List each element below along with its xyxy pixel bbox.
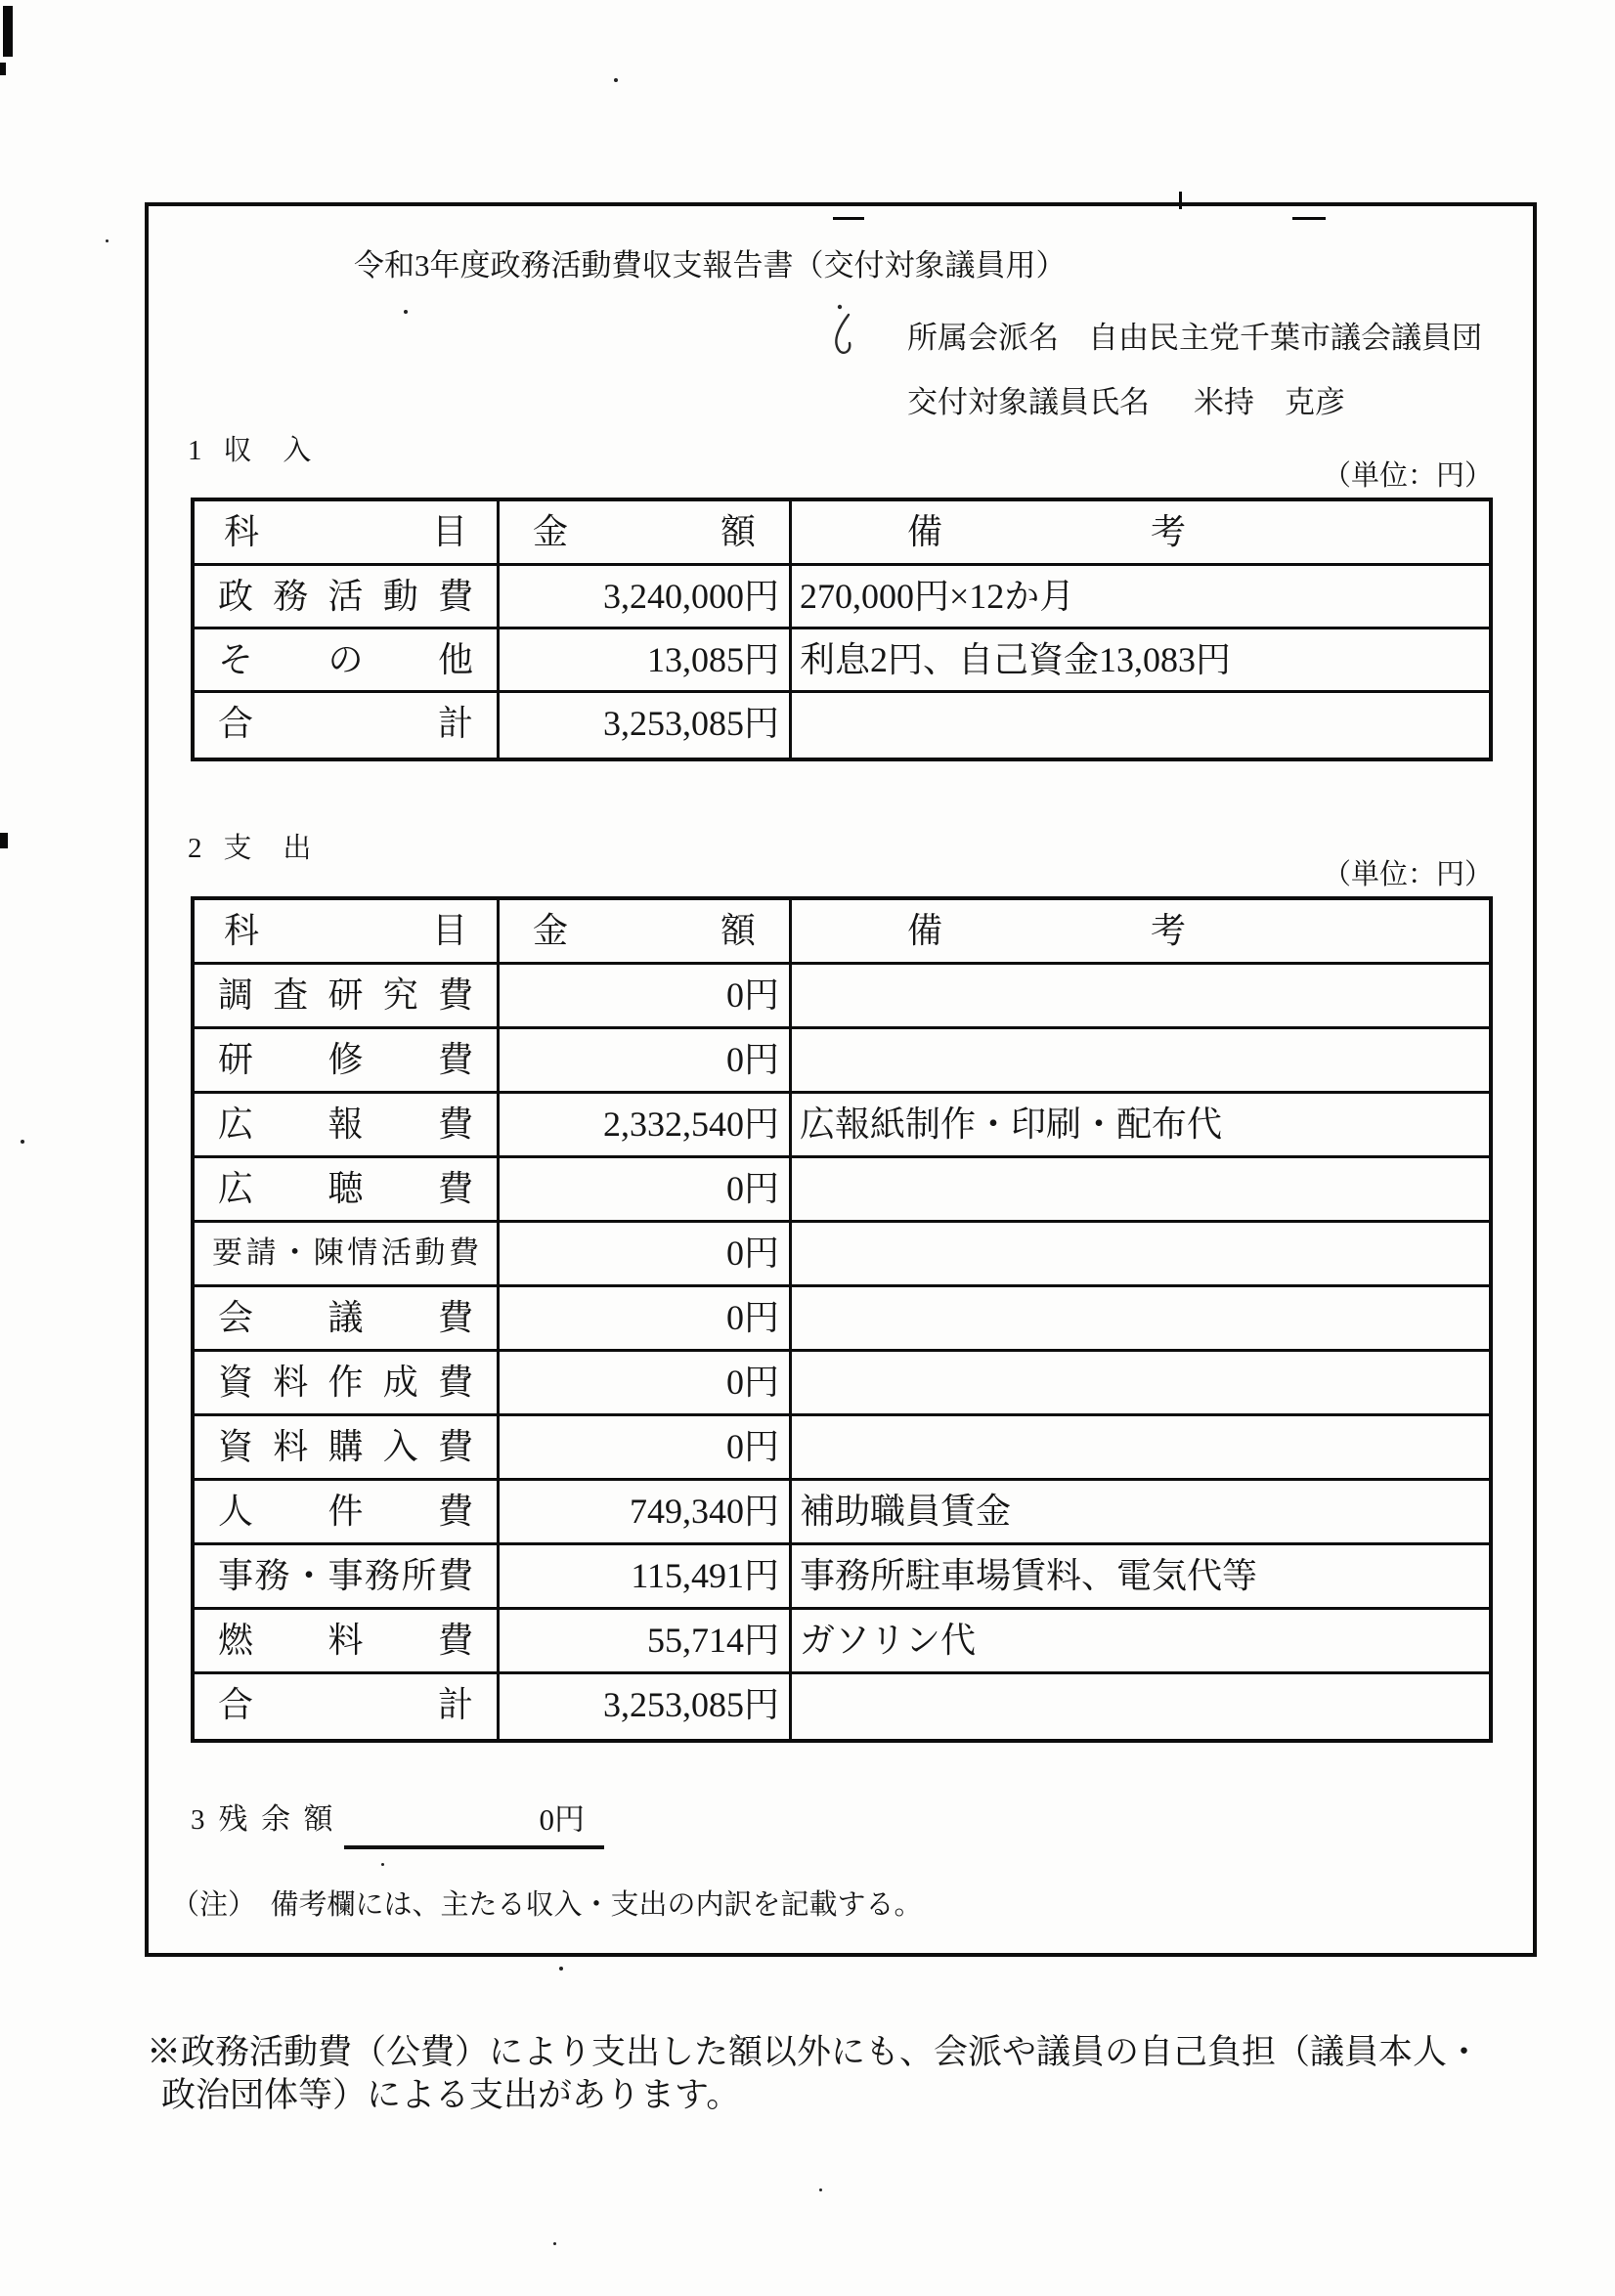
expenditure-row-amount: 0円 [500,1158,792,1223]
scan-edge-mark [0,63,6,75]
expenditure-header-note: 備考 [792,900,1489,965]
faction-value: 自由民主党千葉市議会議員団 [1088,321,1482,355]
expenditure-row-item: 研修費 [195,1029,500,1094]
expenditure-row-item: 資料購入費 [195,1416,500,1481]
scan-speck [559,1967,563,1971]
expenditure-row-item: 事務・事務所費 [195,1545,500,1610]
income-unit-label: （単位：円） [1102,454,1493,494]
income-row-note [792,693,1489,758]
income-row-item: その他 [195,629,500,693]
expenditure-row-amount: 0円 [500,1029,792,1094]
footer-note-line2: 政治団体等）による支出があります。 [161,2068,740,2117]
footer-note-line1: ※政務活動費（公費）により支出した額以外にも、会派や議員の自己負担（議員本人・ [147,2025,1481,2074]
expenditure-row-item: 燃料費 [195,1610,500,1674]
expenditure-row-amount: 115,491円 [500,1545,792,1610]
expenditure-row-note [792,1674,1489,1739]
remainder-section-title: 残余額 [219,1803,347,1836]
remainder-section-number: 3 [191,1804,205,1837]
expenditure-row-amount: 55,714円 [500,1610,792,1674]
expenditure-row-amount: 3,253,085円 [500,1674,792,1739]
expenditure-header-note-text: 備考 [907,900,1186,961]
expenditure-row-note [792,1158,1489,1223]
expenditure-row-amount: 0円 [500,1223,792,1287]
expenditure-row-amount: 749,340円 [500,1481,792,1545]
income-header-note-text: 備考 [907,501,1186,562]
remainder-underline [344,1845,604,1849]
expenditure-row-note [792,965,1489,1029]
member-value: 米持 克彦 [1194,385,1345,419]
expenditure-table: 科目 金額 備考 調査研究費 0円 研修費 0円 広報費 2,332,540円 … [191,896,1493,1743]
income-row-amount: 3,253,085円 [500,693,792,758]
income-section-title: 収入 [224,435,343,466]
expenditure-row-note [792,1287,1489,1352]
scan-speck [819,2188,822,2191]
income-row-note: 利息2円、自己資金13,083円 [792,629,1489,693]
expenditure-row-note [792,1416,1489,1481]
income-row-item: 合計 [195,693,500,758]
expenditure-row-item: 広聴費 [195,1158,500,1223]
remark-note: （注） 備考欄には、主たる収入・支出の内訳を記載する。 [171,1883,923,1923]
report-title: 令和3年度政務活動費収支報告書（交付対象議員用） [354,240,1067,284]
expenditure-row-amount: 0円 [500,1352,792,1416]
income-section-number: 1 [188,435,202,467]
expenditure-row-item: 広報費 [195,1094,500,1158]
remainder-value: 0円 [487,1795,585,1839]
income-table: 科目 金額 備考 政務活動費 3,240,000円 270,000円×12か月 … [191,498,1493,761]
income-row-note: 270,000円×12か月 [792,566,1489,629]
expenditure-row-amount: 0円 [500,965,792,1029]
income-row-amount: 3,240,000円 [500,566,792,629]
scanned-report-page: 令和3年度政務活動費収支報告書（交付対象議員用） 所属会派名自由民主党千葉市議会… [0,0,1615,2296]
expenditure-row-note: 広報紙制作・印刷・配布代 [792,1094,1489,1158]
member-label: 交付対象議員氏名 [907,385,1150,419]
member-line: 交付対象議員氏名米持 克彦 [907,377,1345,421]
scan-edge-mark [3,6,13,57]
expenditure-header-item: 科目 [195,900,500,965]
expenditure-section-heading: 2支出 [188,826,342,866]
faction-label: 所属会派名 [907,321,1059,355]
scan-edge-mark [0,833,8,848]
expenditure-row-note: ガソリン代 [792,1610,1489,1674]
scan-speck [614,78,618,82]
expenditure-row-item: 資料作成費 [195,1352,500,1416]
scan-speck [553,2242,556,2245]
scan-speck [21,1140,24,1144]
remainder-section-heading: 3残余額 [191,1795,346,1838]
income-header-note: 備考 [792,501,1489,566]
expenditure-unit-label: （単位：円） [1102,852,1493,892]
expenditure-section-title: 支出 [224,833,343,864]
expenditure-row-item: 要請・陳情活動費 [195,1223,500,1287]
income-section-heading: 1収入 [188,428,342,468]
expenditure-row-amount: 0円 [500,1287,792,1352]
income-row-item: 政務活動費 [195,566,500,629]
expenditure-row-amount: 2,332,540円 [500,1094,792,1158]
income-header-item: 科目 [195,501,500,566]
expenditure-row-item: 人件費 [195,1481,500,1545]
faction-line: 所属会派名自由民主党千葉市議会議員団 [907,313,1482,357]
expenditure-row-note [792,1352,1489,1416]
scan-speck [106,239,109,242]
expenditure-header-amount: 金額 [500,900,792,965]
income-row-amount: 13,085円 [500,629,792,693]
expenditure-row-amount: 0円 [500,1416,792,1481]
income-header-amount: 金額 [500,501,792,566]
expenditure-row-item: 調査研究費 [195,965,500,1029]
expenditure-row-note: 事務所駐車場賃料、電気代等 [792,1545,1489,1610]
expenditure-row-note [792,1223,1489,1287]
expenditure-section-number: 2 [188,833,202,865]
expenditure-row-item: 会議費 [195,1287,500,1352]
expenditure-row-note [792,1029,1489,1094]
expenditure-row-note: 補助職員賃金 [792,1481,1489,1545]
expenditure-row-item: 合計 [195,1674,500,1739]
